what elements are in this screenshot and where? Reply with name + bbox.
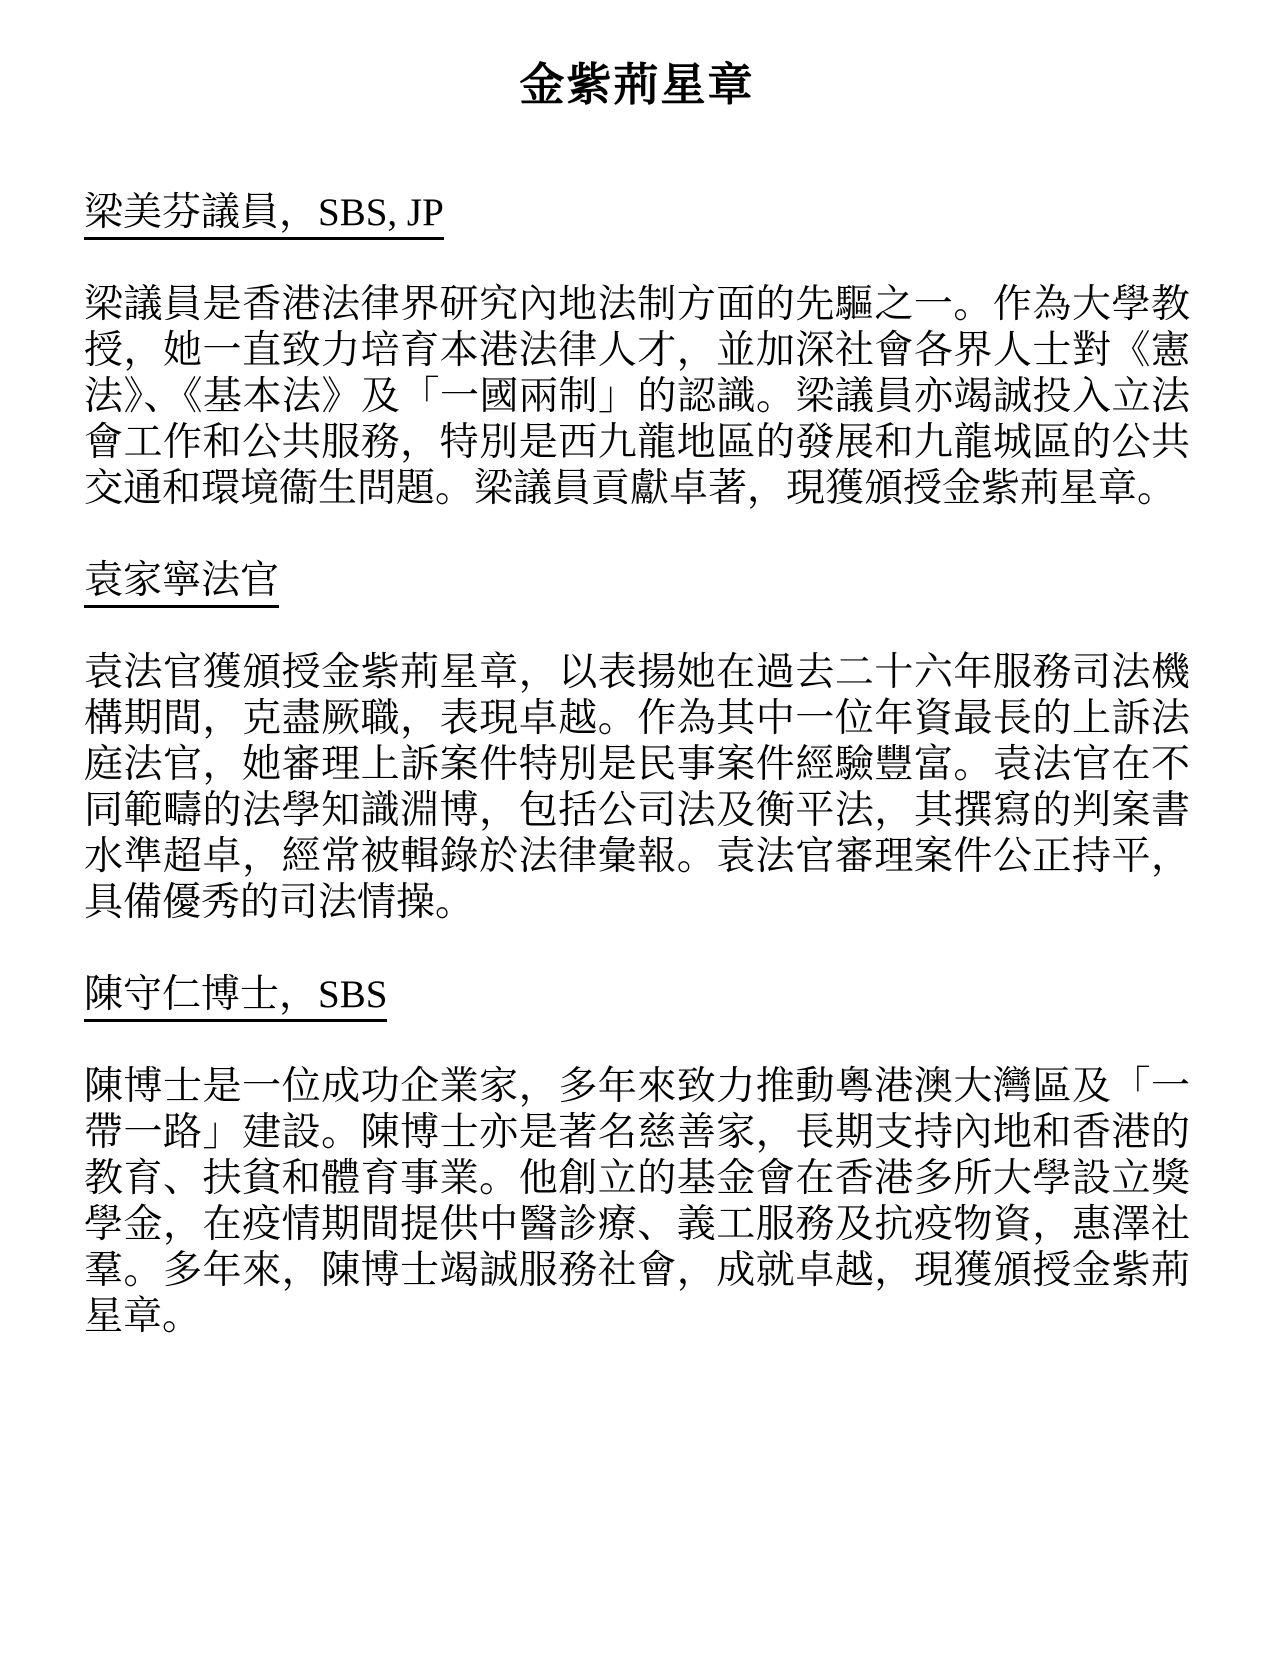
section-paragraph: 陳博士是一位成功企業家，多年來致力推動粵港澳大灣區及「一帶一路」建設。陳博士亦是… [84,1064,1190,1340]
section-yuen-ka-ning: 袁家寧法官 袁法官獲頒授金紫荊星章，以表揚她在過去二十六年服務司法機構期間，克盡… [84,558,1190,926]
document-page: 金紫荊星章 梁美芬議員，SBS, JP 梁議員是香港法律界研究內地法制方面的先驅… [0,0,1264,1668]
section-heading: 袁家寧法官 [84,558,1190,604]
section-heading: 梁美芬議員，SBS, JP [84,190,1190,236]
section-chan-shau-yan: 陳守仁博士，SBS 陳博士是一位成功企業家，多年來致力推動粵港澳大灣區及「一帶一… [84,972,1190,1340]
section-heading-text: 陳守仁博士，SBS [84,973,387,1022]
section-heading: 陳守仁博士，SBS [84,972,1190,1018]
section-paragraph: 梁議員是香港法律界研究內地法制方面的先驅之一。作為大學教授，她一直致力培育本港法… [84,282,1190,512]
section-heading-text: 袁家寧法官 [84,559,279,608]
page-title: 金紫荊星章 [84,60,1190,110]
section-heading-text: 梁美芬議員，SBS, JP [84,191,444,240]
section-paragraph: 袁法官獲頒授金紫荊星章，以表揚她在過去二十六年服務司法機構期間，克盡厥職，表現卓… [84,650,1190,926]
section-leung-mei-fun: 梁美芬議員，SBS, JP 梁議員是香港法律界研究內地法制方面的先驅之一。作為大… [84,190,1190,512]
